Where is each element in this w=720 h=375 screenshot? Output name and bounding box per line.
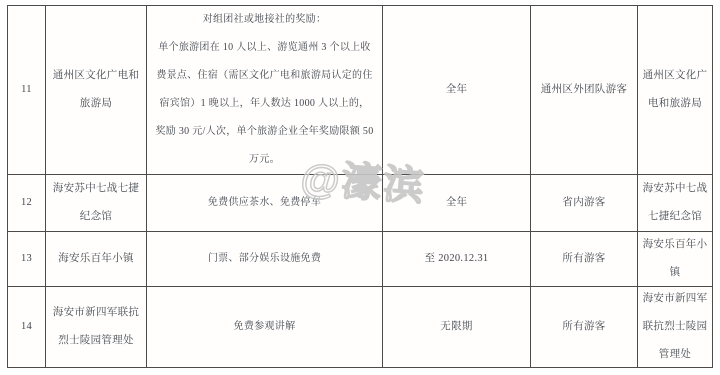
row-13-organization: 海安乐百年小镇 bbox=[46, 232, 147, 287]
row-14-organization: 海安市新四军联抗 烈士陵园管理处 bbox=[46, 287, 147, 367]
row-14-responsible-unit: 海安市新四军 联抗烈士陵园 管理处 bbox=[638, 287, 712, 367]
row-11-audience: 通州区外团队游客 bbox=[531, 6, 638, 175]
tourism-benefits-table: 11 通州区文化广电和 旅游局 对组团社或地接社的奖励： 单个旅游团在 10 人… bbox=[7, 5, 713, 368]
row-13-policy: 门票、部分娱乐设施免费 bbox=[147, 232, 383, 287]
row-12-organization: 海安苏中七战七捷 纪念馆 bbox=[46, 175, 147, 232]
row-11-period: 全年 bbox=[383, 6, 531, 175]
row-11-policy: 对组团社或地接社的奖励： 单个旅游团在 10 人以上、游览通州 3 个以上收 费… bbox=[147, 6, 383, 175]
row-13-number: 13 bbox=[8, 232, 46, 287]
row-14-number: 14 bbox=[8, 287, 46, 367]
row-11-organization: 通州区文化广电和 旅游局 bbox=[46, 6, 147, 175]
row-13-responsible-unit: 海安乐百年小 镇 bbox=[638, 232, 712, 287]
row-11-number: 11 bbox=[8, 6, 46, 175]
row-14-period: 无限期 bbox=[383, 287, 531, 367]
row-12-number: 12 bbox=[8, 175, 46, 232]
document-page: 11 通州区文化广电和 旅游局 对组团社或地接社的奖励： 单个旅游团在 10 人… bbox=[0, 0, 720, 375]
row-12-policy: 免费供应茶水、免费停车 bbox=[147, 175, 383, 232]
row-13-audience: 所有游客 bbox=[531, 232, 638, 287]
row-13-period: 至 2020.12.31 bbox=[383, 232, 531, 287]
row-14-policy: 免费参观讲解 bbox=[147, 287, 383, 367]
row-12-responsible-unit: 海安苏中七战 七捷纪念馆 bbox=[638, 175, 712, 232]
row-11-responsible-unit: 通州区文化广 电和旅游局 bbox=[638, 6, 712, 175]
row-14-audience: 所有游客 bbox=[531, 287, 638, 367]
row-12-audience: 省内游客 bbox=[531, 175, 638, 232]
row-12-period: 全年 bbox=[383, 175, 531, 232]
